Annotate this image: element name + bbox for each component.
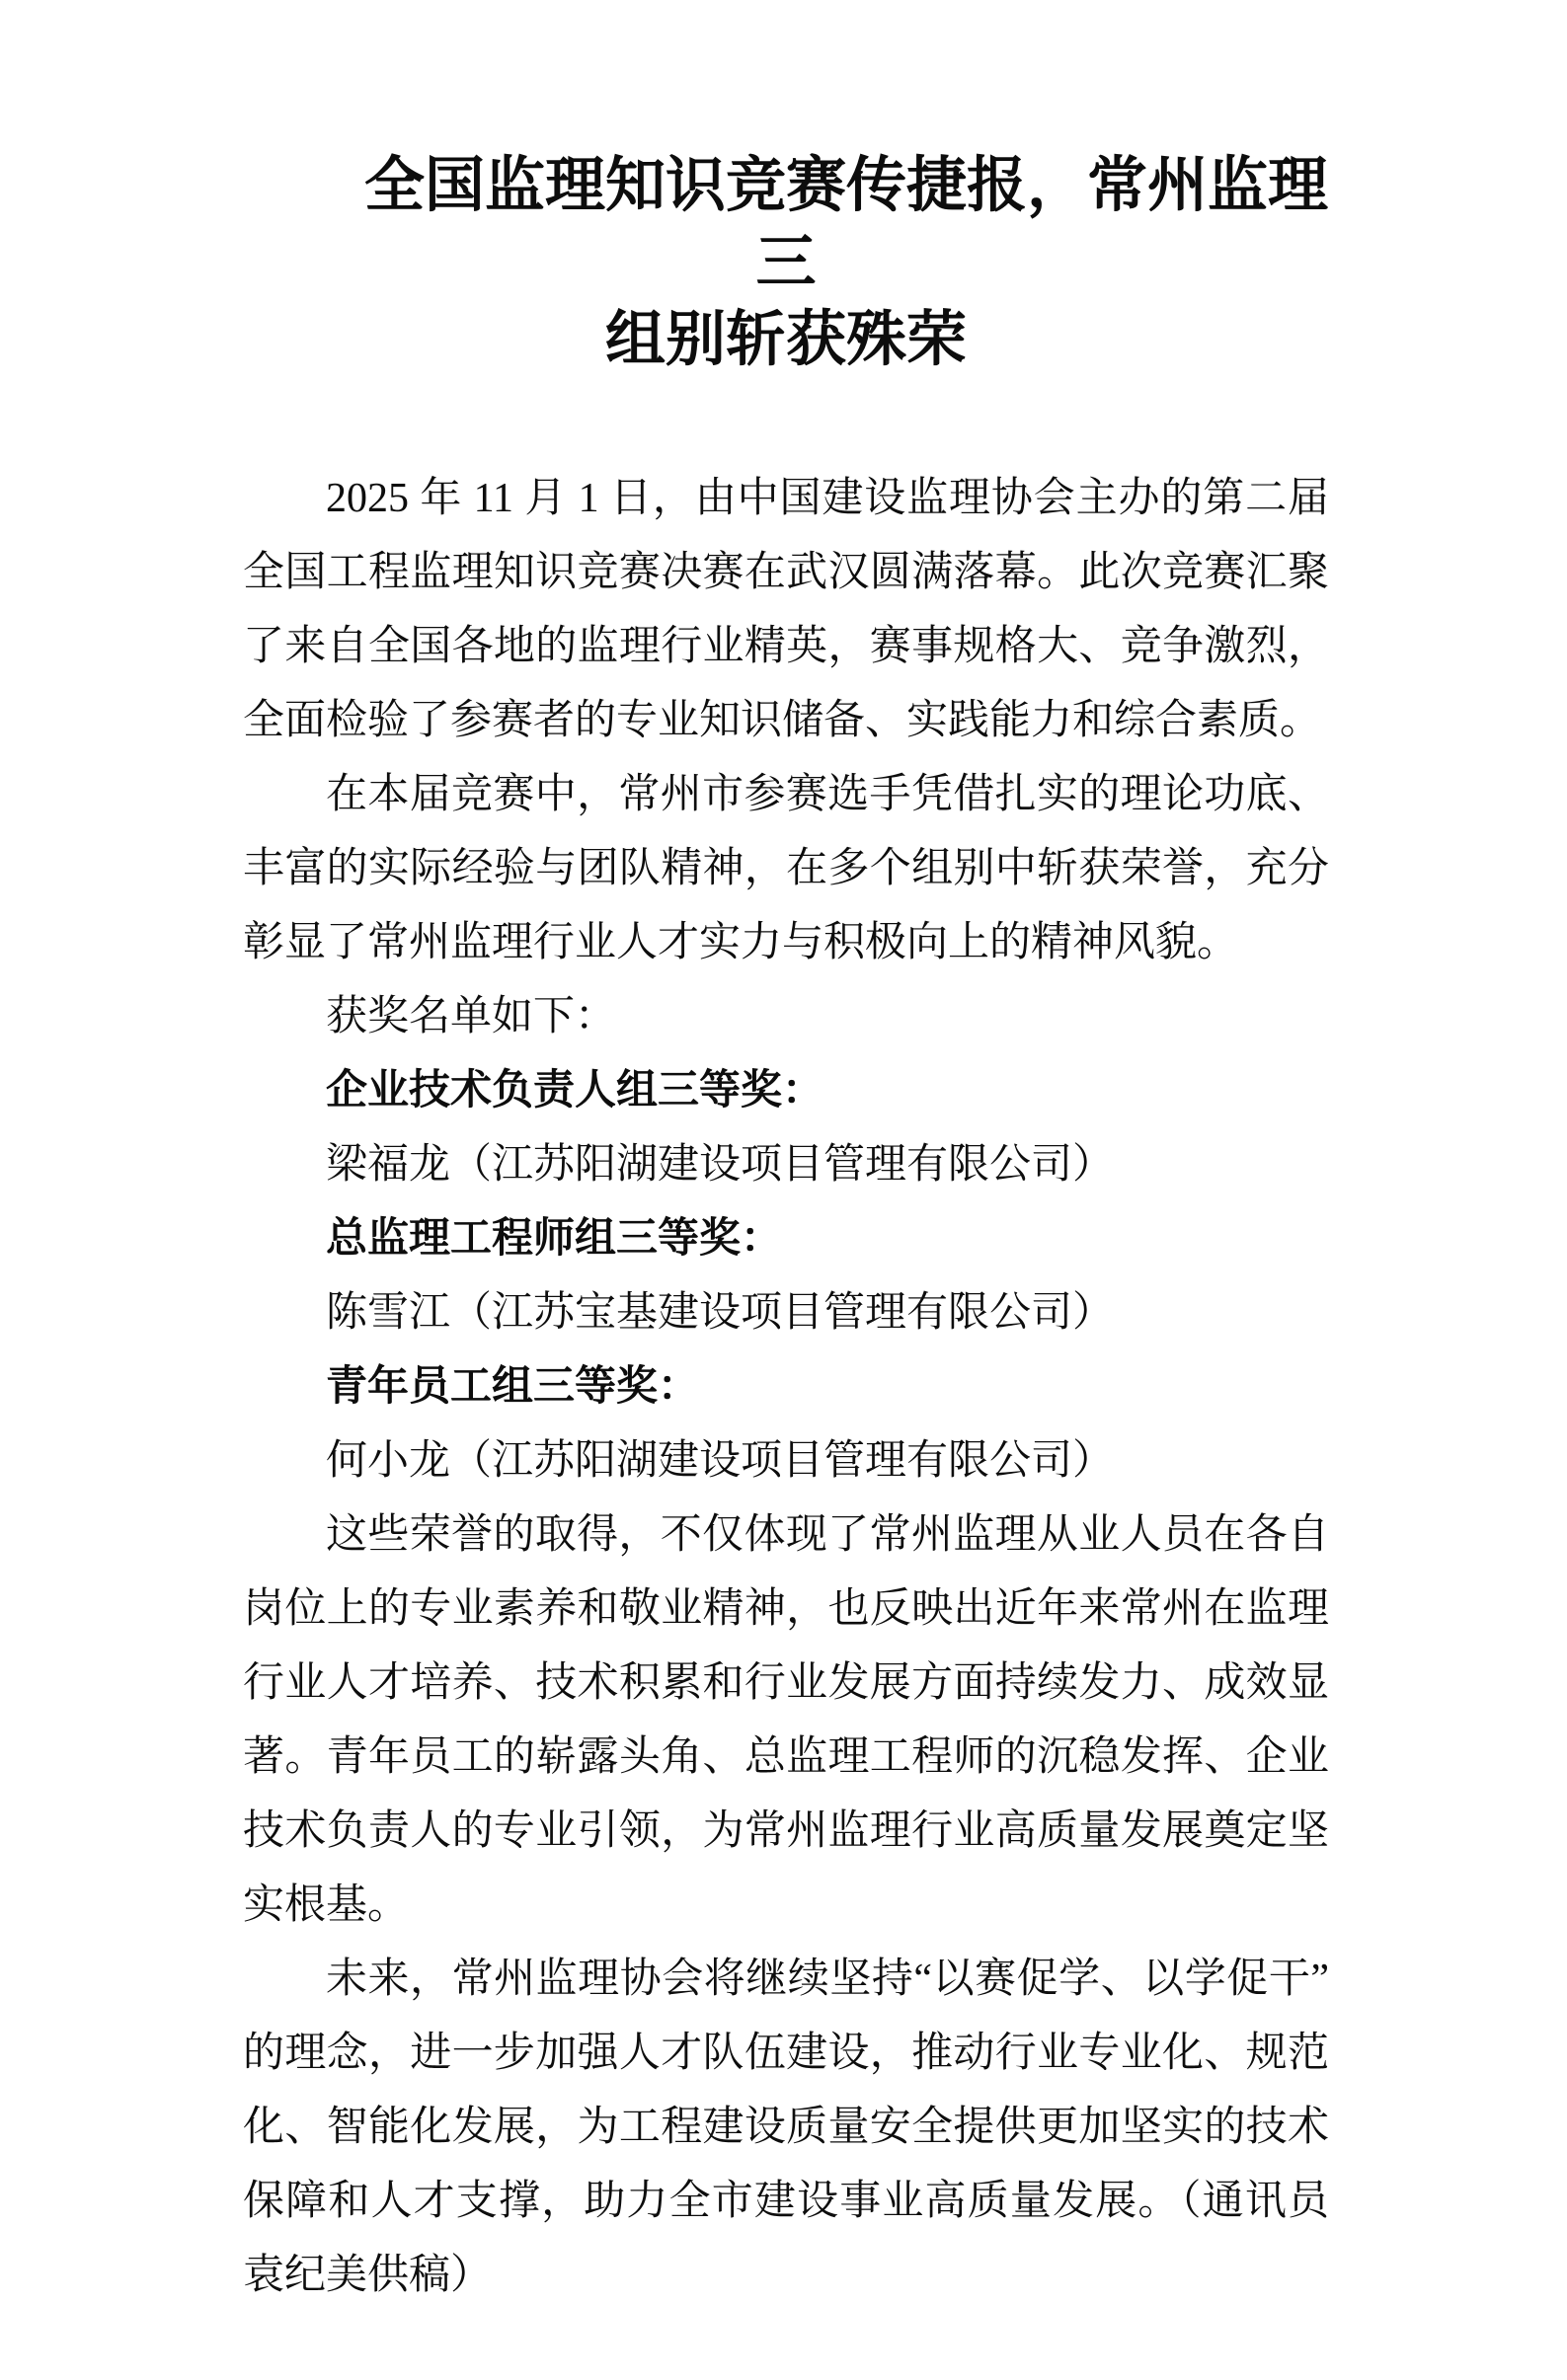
- future-outlook-paragraph-line-5: 袁纪美供稿）: [243, 2239, 1329, 2313]
- future-outlook-paragraph-line-4: 保障和人才支撑，助力全市建设事业高质量发展。（通讯员: [243, 2165, 1329, 2239]
- award-category-2-line-1: 总监理工程师组三等奖：: [243, 1202, 1329, 1276]
- award-list-intro-line-1: 获奖名单如下：: [243, 980, 1329, 1054]
- award-category-2: 总监理工程师组三等奖：: [243, 1202, 1329, 1276]
- award-winner-1-line-1: 梁福龙（江苏阳湖建设项目管理有限公司）: [243, 1128, 1329, 1202]
- document-title-line-1: 全国监理知识竞赛传捷报，常州监理三: [243, 148, 1329, 302]
- award-category-1: 企业技术负责人组三等奖：: [243, 1054, 1329, 1128]
- future-outlook-paragraph-line-3: 化、智能化发展，为工程建设质量安全提供更加坚实的技术: [243, 2091, 1329, 2165]
- award-winner-1: 梁福龙（江苏阳湖建设项目管理有限公司）: [243, 1128, 1329, 1202]
- intro-paragraph-line-3: 了来自全国各地的监理行业精英，赛事规格大、竞争激烈，: [243, 610, 1329, 684]
- significance-paragraph-line-3: 行业人才培养、技术积累和行业发展方面持续发力、成效显: [243, 1647, 1329, 1721]
- intro-paragraph-line-2: 全国工程监理知识竞赛决赛在武汉圆满落幕。此次竞赛汇聚: [243, 536, 1329, 610]
- changzhou-performance-paragraph-line-3: 彰显了常州监理行业人才实力与积极向上的精神风貌。: [243, 906, 1329, 980]
- award-category-1-line-1: 企业技术负责人组三等奖：: [243, 1054, 1329, 1128]
- changzhou-performance-paragraph: 在本届竞赛中，常州市参赛选手凭借扎实的理论功底、丰富的实际经验与团队精神，在多个…: [243, 758, 1329, 980]
- significance-paragraph-line-5: 技术负责人的专业引领，为常州监理行业高质量发展奠定坚: [243, 1795, 1329, 1869]
- award-winner-2: 陈雪江（江苏宝基建设项目管理有限公司）: [243, 1276, 1329, 1350]
- changzhou-performance-paragraph-line-2: 丰富的实际经验与团队精神，在多个组别中斩获荣誉，充分: [243, 832, 1329, 906]
- document-title: 全国监理知识竞赛传捷报，常州监理三 组别斩获殊荣: [243, 148, 1329, 379]
- future-outlook-paragraph-line-2: 的理念，进一步加强人才队伍建设，推动行业专业化、规范: [243, 2017, 1329, 2091]
- document-title-line-2: 组别斩获殊荣: [243, 302, 1329, 379]
- significance-paragraph-line-2: 岗位上的专业素养和敬业精神，也反映出近年来常州在监理: [243, 1573, 1329, 1647]
- award-winner-2-line-1: 陈雪江（江苏宝基建设项目管理有限公司）: [243, 1276, 1329, 1350]
- significance-paragraph-line-6: 实根基。: [243, 1869, 1329, 1943]
- future-outlook-paragraph: 未来，常州监理协会将继续坚持“以赛促学、以学促干”的理念，进一步加强人才队伍建设…: [243, 1943, 1329, 2313]
- significance-paragraph-line-1: 这些荣誉的取得，不仅体现了常州监理从业人员在各自: [243, 1498, 1329, 1573]
- intro-paragraph: 2025 年 11 月 1 日，由中国建设监理协会主办的第二届全国工程监理知识竞…: [243, 462, 1329, 758]
- significance-paragraph-line-4: 著。青年员工的崭露头角、总监理工程师的沉稳发挥、企业: [243, 1721, 1329, 1795]
- changzhou-performance-paragraph-line-1: 在本届竞赛中，常州市参赛选手凭借扎实的理论功底、: [243, 758, 1329, 832]
- future-outlook-paragraph-line-1: 未来，常州监理协会将继续坚持“以赛促学、以学促干”: [243, 1943, 1329, 2017]
- award-category-3-line-1: 青年员工组三等奖：: [243, 1350, 1329, 1424]
- text-column: 全国监理知识竞赛传捷报，常州监理三 组别斩获殊荣 2025 年 11 月 1 日…: [243, 0, 1329, 2313]
- document-body: 2025 年 11 月 1 日，由中国建设监理协会主办的第二届全国工程监理知识竞…: [243, 462, 1329, 2313]
- award-winner-3: 何小龙（江苏阳湖建设项目管理有限公司）: [243, 1424, 1329, 1498]
- intro-paragraph-line-1: 2025 年 11 月 1 日，由中国建设监理协会主办的第二届: [243, 462, 1329, 536]
- intro-paragraph-line-4: 全面检验了参赛者的专业知识储备、实践能力和综合素质。: [243, 684, 1329, 758]
- significance-paragraph: 这些荣誉的取得，不仅体现了常州监理从业人员在各自岗位上的专业素养和敬业精神，也反…: [243, 1498, 1329, 1943]
- award-winner-3-line-1: 何小龙（江苏阳湖建设项目管理有限公司）: [243, 1424, 1329, 1498]
- award-list-intro: 获奖名单如下：: [243, 980, 1329, 1054]
- document-page: 全国监理知识竞赛传捷报，常州监理三 组别斩获殊荣 2025 年 11 月 1 日…: [0, 0, 1567, 2380]
- award-category-3: 青年员工组三等奖：: [243, 1350, 1329, 1424]
